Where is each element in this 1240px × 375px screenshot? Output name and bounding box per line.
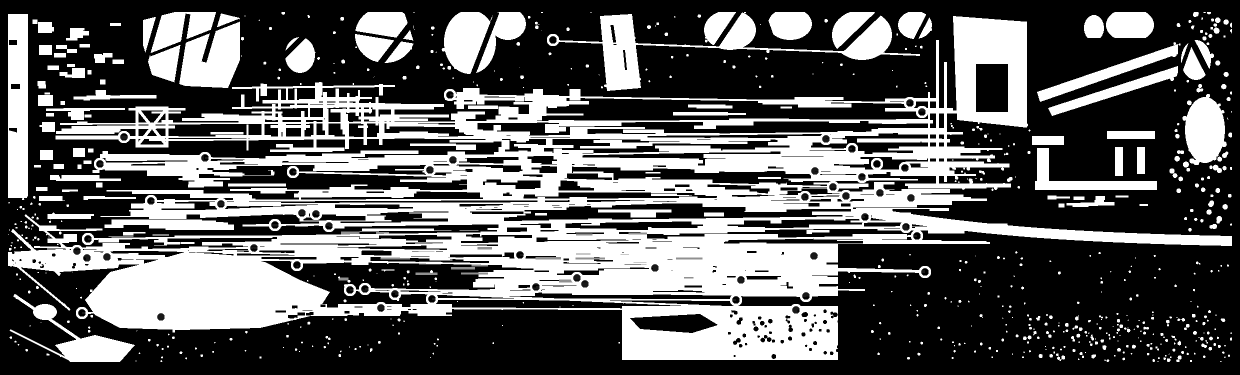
door-post: [1115, 147, 1123, 176]
brick-highlight: [73, 148, 85, 157]
porch-floor-band: [1035, 181, 1157, 190]
scene-svg: [0, 0, 1240, 375]
dark-rectangle: [452, 298, 624, 350]
trunk-slit: [936, 40, 939, 188]
trunk-slit: [928, 92, 930, 172]
door-lintel: [1107, 131, 1155, 139]
brick-highlight: [39, 45, 52, 55]
brick-highlight: [40, 150, 53, 160]
strip-mark: [11, 84, 20, 89]
trunk-slit: [944, 62, 947, 182]
house-corner-pole: [1027, 12, 1037, 130]
strip-mark: [9, 40, 17, 45]
light-rectangle: [622, 306, 844, 360]
sky-patch: [1084, 15, 1104, 41]
porch-ledge: [1032, 136, 1064, 145]
door-post: [1137, 147, 1145, 174]
house-window: [976, 64, 1008, 112]
sky-patch: [768, 8, 812, 40]
binarized-feature-match-image: [0, 0, 1240, 375]
lawn-right: [838, 244, 1232, 362]
sky-patch: [444, 10, 496, 74]
brick-highlight: [72, 68, 85, 78]
sky-patch: [1106, 8, 1154, 42]
